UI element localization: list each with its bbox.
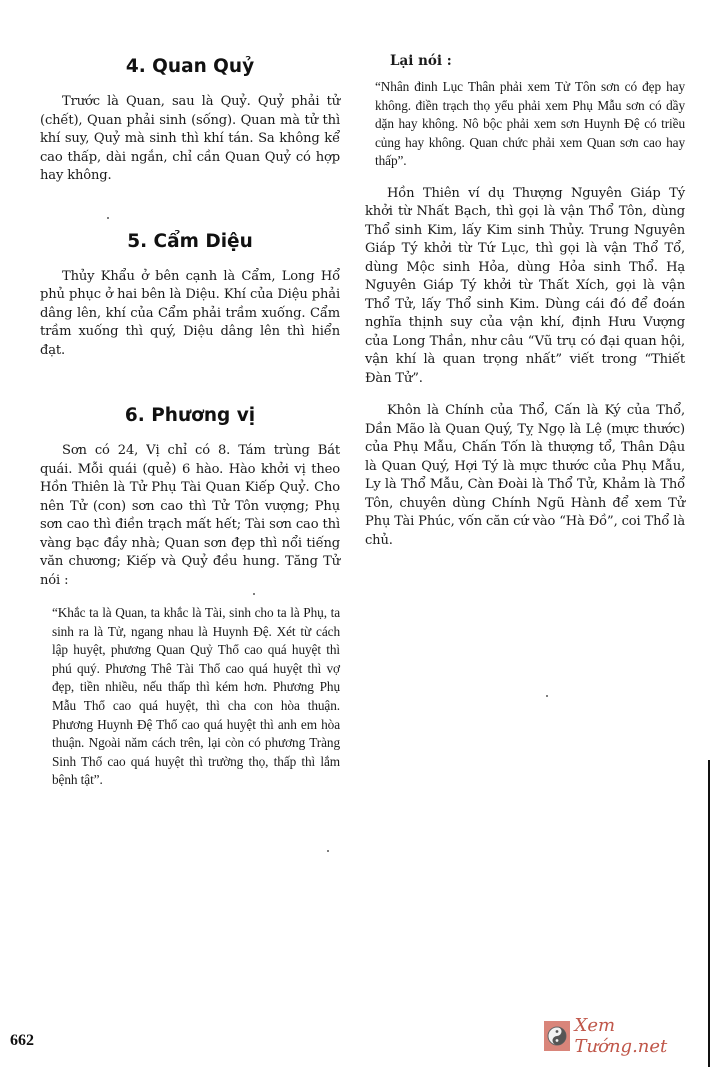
book-page: 4. Quan Quỷ Trước là Quan, sau là Quỷ. Q…	[0, 0, 711, 1067]
page-number: 662	[10, 1032, 34, 1050]
scan-speck	[107, 217, 109, 219]
watermark-logo: Xem Tướng.net	[544, 1015, 711, 1057]
watermark-text: Xem Tướng.net	[575, 1015, 711, 1057]
paragraph-khon: Khôn là Chính của Thổ, Cấn là Ký của Thổ…	[365, 402, 685, 550]
scan-edge-line	[708, 760, 710, 1067]
scan-speck	[327, 850, 329, 852]
right-column: Lại nói : “Nhân đinh Lục Thân phải xem T…	[365, 55, 685, 550]
scan-speck	[546, 695, 548, 697]
quote-tang-tu: “Khắc ta là Quan, ta khắc là Tài, sinh c…	[40, 604, 340, 790]
yin-yang-icon	[544, 1021, 570, 1051]
paragraph-hon-thien: Hồn Thiên ví dụ Thượng Nguyên Giáp Tý kh…	[365, 185, 685, 389]
label-lai-noi: Lại nói :	[365, 52, 685, 70]
left-column: 4. Quan Quỷ Trước là Quan, sau là Quỷ. Q…	[40, 55, 340, 790]
scan-speck	[253, 593, 255, 595]
section-heading-cam-dieu: 5. Cẩm Diệu	[40, 230, 340, 254]
paragraph-cam-dieu: Thủy Khẩu ở bên cạnh là Cẩm, Long Hổ phủ…	[40, 268, 340, 361]
section-heading-quan-quy: 4. Quan Quỷ	[40, 55, 340, 79]
quote-nhan-dinh: “Nhân đinh Lục Thân phải xem Tử Tôn sơn …	[365, 78, 685, 171]
section-heading-phuong-vi: 6. Phương vị	[40, 404, 340, 428]
paragraph-quan-quy: Trước là Quan, sau là Quỷ. Quỷ phải tử (…	[40, 93, 340, 186]
paragraph-phuong-vi: Sơn có 24, Vị chỉ có 8. Tám trùng Bát qu…	[40, 442, 340, 590]
